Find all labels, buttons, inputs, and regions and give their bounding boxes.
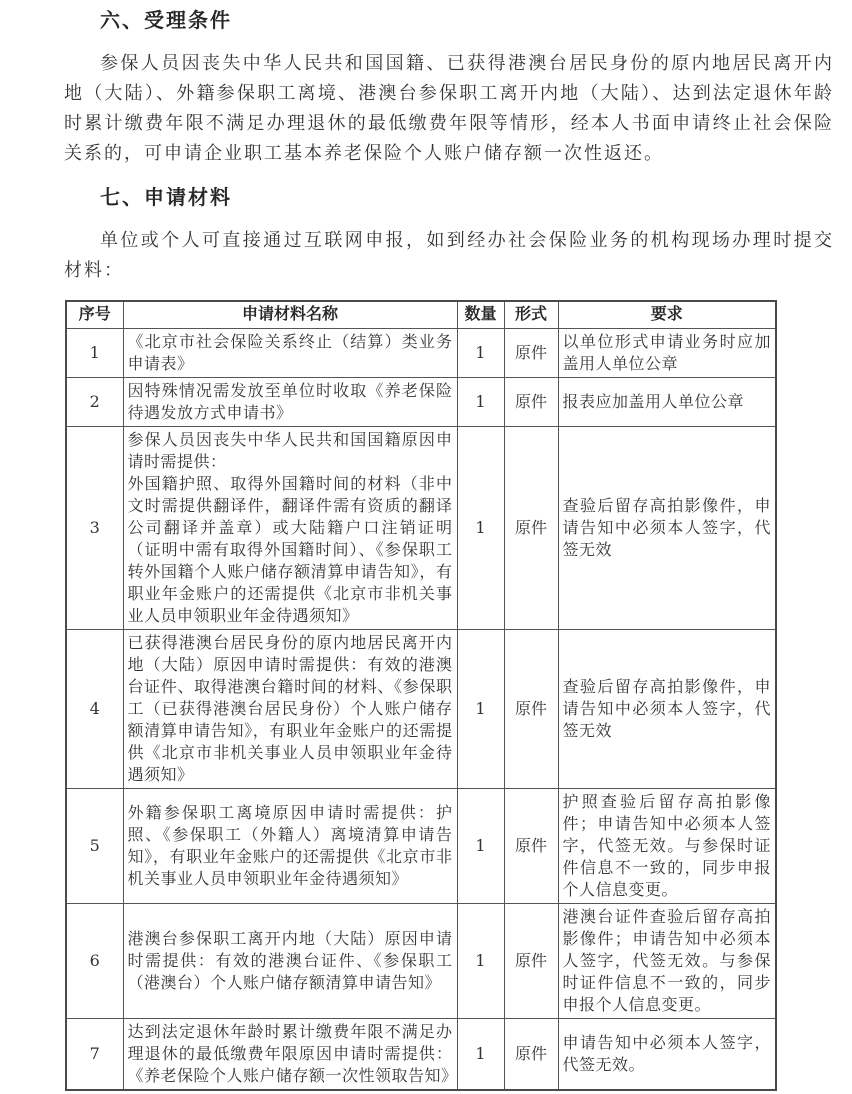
col-header-name: 申请材料名称 xyxy=(123,301,457,329)
table-row: 1 《北京市社会保险关系终止（结算）类业务申请表》 1 原件 以单位形式申请业务… xyxy=(66,329,776,378)
table-row: 7 达到法定退休年龄时累计缴费年限不满足办理退休的最低缴费年限原因申请时需提供：… xyxy=(66,1019,776,1091)
materials-table-body: 1 《北京市社会保险关系终止（结算）类业务申请表》 1 原件 以单位形式申请业务… xyxy=(66,329,776,1091)
table-row: 4 已获得港澳台居民身份的原内地居民离开内地（大陆）原因申请时需提供：有效的港澳… xyxy=(66,630,776,789)
cell-form-type: 原件 xyxy=(504,904,558,1019)
cell-form-type: 原件 xyxy=(504,1019,558,1091)
table-row: 5 外籍参保职工离境原因申请时需提供：护照、《参保职工（外籍人）离境清算申请告知… xyxy=(66,789,776,904)
section-6-paragraph: 参保人员因丧失中华人民共和国国籍、已获得港澳台居民身份的原内地居民离开内地（大陆… xyxy=(64,49,834,169)
col-header-no: 序号 xyxy=(66,301,123,329)
table-header-row: 序号 申请材料名称 数量 形式 要求 xyxy=(66,301,776,329)
cell-form-type: 原件 xyxy=(504,378,558,427)
cell-material-name: 参保人员因丧失中华人民共和国国籍原因申请时需提供： 外国籍护照、取得外国籍时间的… xyxy=(123,427,457,630)
cell-serial-number: 6 xyxy=(66,904,123,1019)
cell-requirement: 查验后留存高拍影像件，申请告知中必须本人签字，代签无效 xyxy=(558,630,776,789)
cell-requirement: 申请告知中必须本人签字，代签无效。 xyxy=(558,1019,776,1091)
section-7-heading: 七、申请材料 xyxy=(64,185,836,212)
materials-table: 序号 申请材料名称 数量 形式 要求 1 《北京市社会保险关系终止（结算）类业务… xyxy=(65,300,777,1091)
document-page: 六、受理条件 参保人员因丧失中华人民共和国国籍、已获得港澳台居民身份的原内地居民… xyxy=(0,0,852,1091)
cell-form-type: 原件 xyxy=(504,789,558,904)
cell-quantity: 1 xyxy=(457,378,504,427)
cell-material-name: 外籍参保职工离境原因申请时需提供：护照、《参保职工（外籍人）离境清算申请告知》，… xyxy=(123,789,457,904)
cell-quantity: 1 xyxy=(457,789,504,904)
cell-serial-number: 2 xyxy=(66,378,123,427)
section-6-heading: 六、受理条件 xyxy=(64,8,836,35)
cell-form-type: 原件 xyxy=(504,329,558,378)
cell-requirement: 报表应加盖用人单位公章 xyxy=(558,378,776,427)
col-header-req: 要求 xyxy=(558,301,776,329)
cell-material-name: 达到法定退休年龄时累计缴费年限不满足办理退休的最低缴费年限原因申请时需提供：《养… xyxy=(123,1019,457,1091)
cell-requirement: 港澳台证件查验后留存高拍影像件；申请告知中必须本人签字，代签无效。与参保时证件信… xyxy=(558,904,776,1019)
cell-serial-number: 1 xyxy=(66,329,123,378)
cell-quantity: 1 xyxy=(457,427,504,630)
cell-serial-number: 4 xyxy=(66,630,123,789)
col-header-form: 形式 xyxy=(504,301,558,329)
table-row: 6 港澳台参保职工离开内地（大陆）原因申请时需提供：有效的港澳台证件、《参保职工… xyxy=(66,904,776,1019)
cell-serial-number: 7 xyxy=(66,1019,123,1091)
cell-serial-number: 3 xyxy=(66,427,123,630)
cell-quantity: 1 xyxy=(457,1019,504,1091)
cell-material-name: 《北京市社会保险关系终止（结算）类业务申请表》 xyxy=(123,329,457,378)
section-7-paragraph: 单位或个人可直接通过互联网申报，如到经办社会保险业务的机构现场办理时提交材料： xyxy=(64,226,834,286)
cell-requirement: 护照查验后留存高拍影像件；申请告知中必须本人签字，代签无效。与参保时证件信息不一… xyxy=(558,789,776,904)
table-row: 2 因特殊情况需发放至单位时收取《养老保险待遇发放方式申请书》 1 原件 报表应… xyxy=(66,378,776,427)
cell-material-name: 已获得港澳台居民身份的原内地居民离开内地（大陆）原因申请时需提供：有效的港澳台证… xyxy=(123,630,457,789)
cell-quantity: 1 xyxy=(457,904,504,1019)
cell-quantity: 1 xyxy=(457,329,504,378)
cell-form-type: 原件 xyxy=(504,427,558,630)
cell-serial-number: 5 xyxy=(66,789,123,904)
cell-requirement: 查验后留存高拍影像件，申请告知中必须本人签字，代签无效 xyxy=(558,427,776,630)
col-header-qty: 数量 xyxy=(457,301,504,329)
cell-form-type: 原件 xyxy=(504,630,558,789)
cell-requirement: 以单位形式申请业务时应加盖用人单位公章 xyxy=(558,329,776,378)
table-row: 3 参保人员因丧失中华人民共和国国籍原因申请时需提供： 外国籍护照、取得外国籍时… xyxy=(66,427,776,630)
cell-material-name: 因特殊情况需发放至单位时收取《养老保险待遇发放方式申请书》 xyxy=(123,378,457,427)
cell-quantity: 1 xyxy=(457,630,504,789)
cell-material-name: 港澳台参保职工离开内地（大陆）原因申请时需提供：有效的港澳台证件、《参保职工（港… xyxy=(123,904,457,1019)
